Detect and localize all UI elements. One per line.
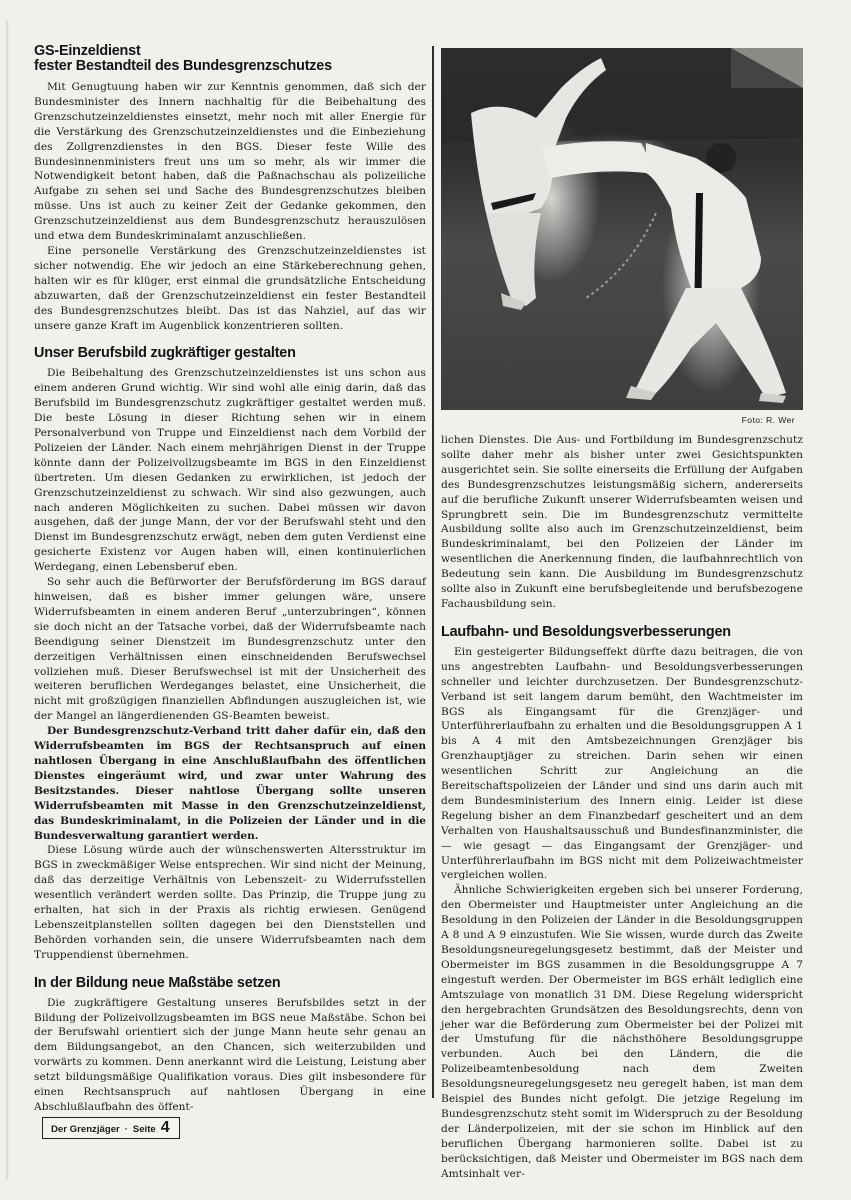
photo-credit: Foto: R. Wer xyxy=(441,415,803,429)
separator-dot: · xyxy=(125,1124,128,1134)
continuation-paragraph: lichen Dienstes. Die Aus- und Fortbildun… xyxy=(441,433,803,612)
body-paragraph: Eine personelle Verstärkung des Grenzsch… xyxy=(34,244,426,333)
section-heading-laufbahn: Laufbahn- und Besoldungsverbesserungen xyxy=(441,625,803,640)
body-paragraph: Mit Genugtuung haben wir zur Kenntnis ge… xyxy=(34,80,426,244)
body-paragraph: So sehr auch die Befürworter der Berufsf… xyxy=(34,575,426,724)
body-paragraph: Diese Lösung würde auch der wünschenswer… xyxy=(34,843,426,962)
title-line-1: GS-Einzeldienst xyxy=(34,44,426,59)
title-line-2: fester Bestandteil des Bundesgrenzschutz… xyxy=(34,59,426,74)
body-paragraph: Ein gesteigerter Bildungseffekt dürfte d… xyxy=(441,645,803,884)
karate-photo xyxy=(441,48,803,410)
body-paragraph: Die zugkräftigere Gestaltung unseres Ber… xyxy=(34,996,426,1115)
section-heading-bildung: In der Bildung neue Maßstäbe setzen xyxy=(34,976,426,991)
page-footer: Der Grenzjäger · Seite 4 xyxy=(42,1117,180,1139)
karate-figures-illustration xyxy=(441,48,803,410)
publication-name: Der Grenzjäger xyxy=(51,1124,120,1135)
body-paragraph: Die Beibehaltung des Grenzschutzeinzeldi… xyxy=(34,366,426,575)
page-edge xyxy=(6,20,9,1180)
page-label: Seite xyxy=(133,1124,156,1135)
article-title: GS-Einzeldienst fester Bestandteil des B… xyxy=(34,44,426,74)
page-number: 4 xyxy=(161,1121,170,1135)
right-column: Foto: R. Wer lichen Dienstes. Die Aus- u… xyxy=(441,48,803,1182)
bold-demand-paragraph: Der Bundesgrenzschutz-Verband tritt dahe… xyxy=(34,724,426,843)
left-column: GS-Einzeldienst fester Bestandteil des B… xyxy=(34,44,426,1115)
section-heading-berufsbild: Unser Berufsbild zugkräftiger gestalten xyxy=(34,346,426,361)
body-paragraph: Ähnliche Schwierigkeiten ergeben sich be… xyxy=(441,883,803,1181)
column-divider xyxy=(432,46,434,1098)
